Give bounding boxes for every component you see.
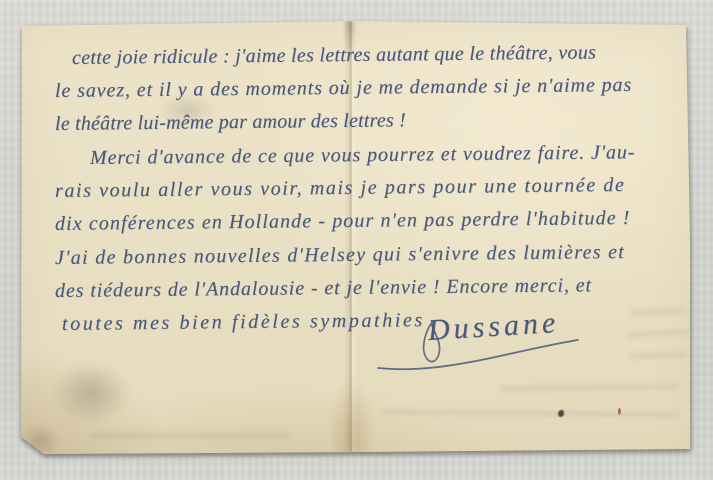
- rust-speck: [618, 408, 621, 415]
- handwritten-line: Merci d'avance de ce que vous pourrez et…: [90, 141, 636, 170]
- handwritten-line: le théâtre lui-même par amour des lettre…: [55, 109, 406, 136]
- letter-paper: cette joie ridicule : j'aime les lettres…: [0, 0, 713, 480]
- ink-speck: [558, 410, 564, 417]
- paper-sheet: cette joie ridicule : j'aime les lettres…: [0, 0, 713, 480]
- fold-crease-bottom-shadow: [332, 378, 374, 454]
- paper-stain: [52, 362, 130, 424]
- handwritten-line: le savez, et il y a des moments où je me…: [55, 74, 632, 103]
- handwritten-line: cette joie ridicule : j'aime les lettres…: [72, 42, 596, 70]
- scanned-letter-photo: cette joie ridicule : j'aime les lettres…: [0, 0, 713, 480]
- handwritten-line: rais voulu aller vous voir, mais je pars…: [55, 174, 626, 203]
- verso-showthrough: [90, 432, 290, 439]
- handwritten-line: dix conférences en Hollande - pour n'en …: [55, 207, 631, 236]
- paper-stain: [20, 425, 60, 457]
- verso-showthrough: [380, 409, 680, 419]
- handwritten-line: J'ai de bonnes nouvelles d'Helsey qui s'…: [55, 241, 625, 270]
- handwritten-line: des tiédeurs de l'Andalousie - et je l'e…: [55, 274, 592, 303]
